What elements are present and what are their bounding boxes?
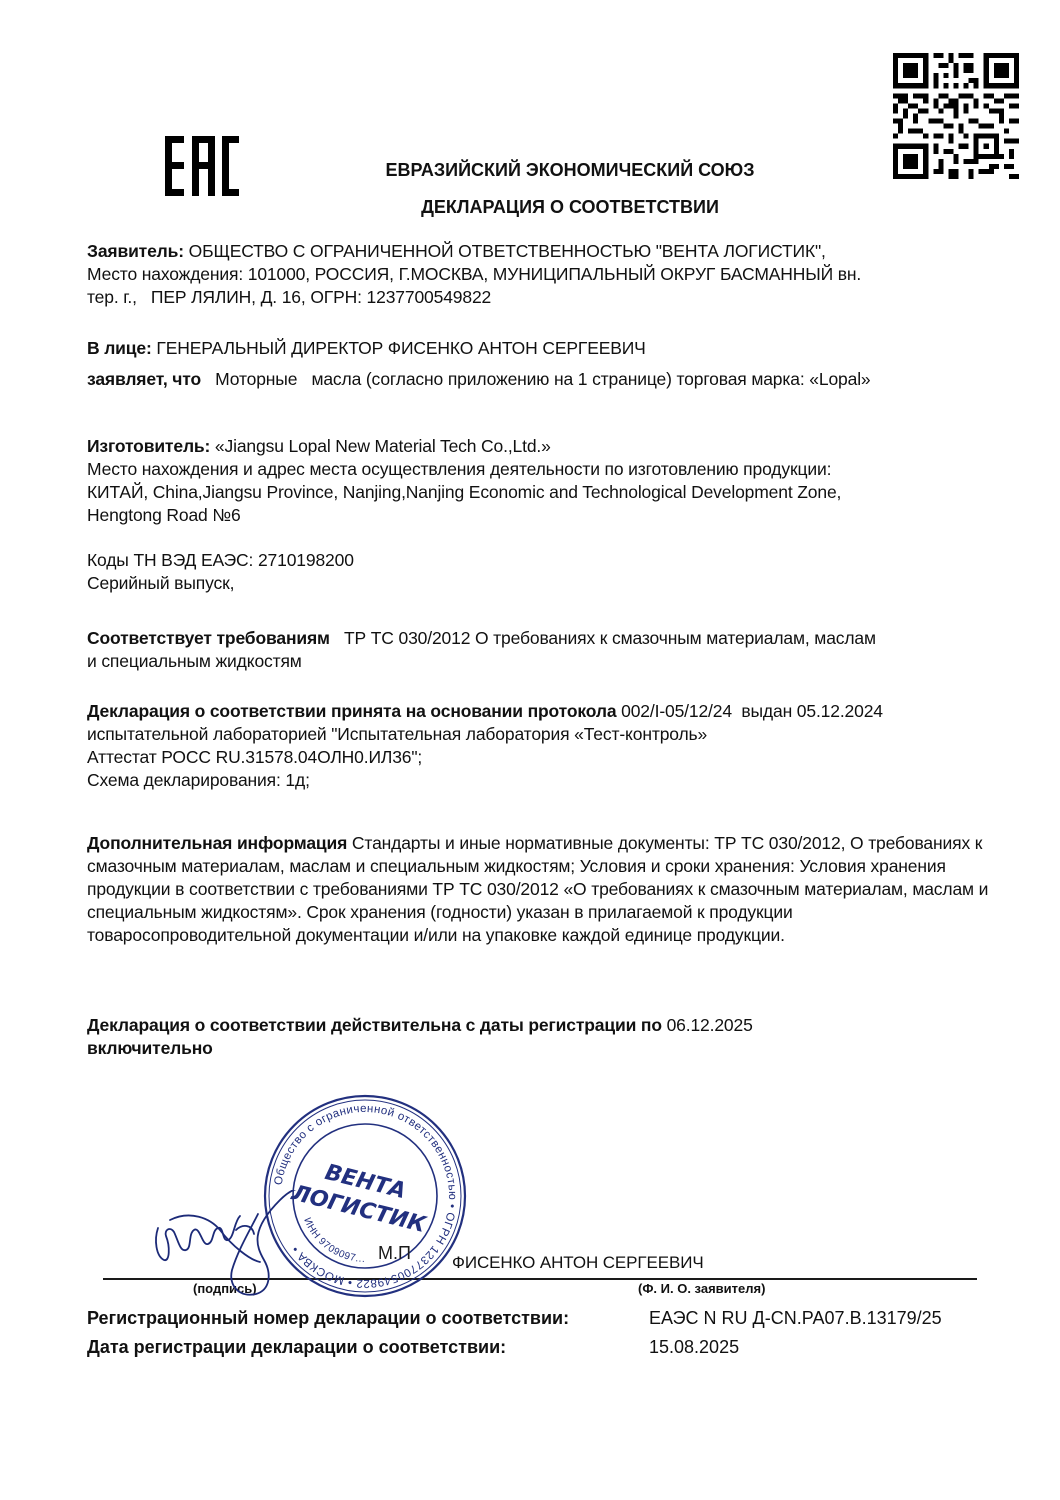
representative-line: В лице: ГЕНЕРАЛЬНЫЙ ДИРЕКТОР ФИСЕНКО АНТ…	[87, 337, 1007, 360]
protocol-lab: испытательной лабораторией "Испытательна…	[87, 723, 1007, 746]
manufacturer-address-line-1: Место нахождения и адрес места осуществл…	[87, 458, 1007, 481]
protocol-accreditation: Аттестат РОСС RU.31578.04ОЛН0.ИЛ36";	[87, 746, 1007, 769]
protocol-label: Декларация о соответствии принята на осн…	[87, 701, 616, 721]
conforms-value: ТР ТС 030/2012 О требованиях к смазочным…	[344, 628, 876, 648]
codes-section: Коды ТН ВЭД ЕАЭС: 2710198200 Серийный вы…	[87, 549, 1007, 595]
declares-label: заявляет, что	[87, 369, 201, 389]
applicant-section: Заявитель: ОБЩЕСТВО С ОГРАНИЧЕННОЙ ОТВЕТ…	[87, 240, 1007, 309]
name-caption: (Ф. И. О. заявителя)	[638, 1281, 765, 1296]
applicant-name: ОБЩЕСТВО С ОГРАНИЧЕННОЙ ОТВЕТСТВЕННОСТЬЮ…	[189, 241, 826, 261]
registration-number-value: ЕАЭС N RU Д-CN.РА07.В.13179/25	[649, 1308, 942, 1329]
conforms-section: Соответствует требованиям ТР ТС 030/2012…	[87, 627, 1007, 673]
stamp-placeholder-label: М.П	[378, 1243, 411, 1264]
declares-value: Моторные масла (согласно приложению на 1…	[215, 369, 870, 389]
applicant-line: Заявитель: ОБЩЕСТВО С ОГРАНИЧЕННОЙ ОТВЕТ…	[87, 240, 1007, 263]
manufacturer-name: «Jiangsu Lopal New Material Tech Co.,Ltd…	[215, 436, 551, 456]
signature-icon	[140, 1190, 330, 1300]
registration-number-label: Регистрационный номер декларации о соотв…	[87, 1308, 569, 1329]
conforms-label: Соответствует требованиям	[87, 628, 330, 648]
tn-ved-code: Коды ТН ВЭД ЕАЭС: 2710198200	[87, 549, 1007, 572]
registration-date-label: Дата регистрации декларации о соответств…	[87, 1337, 506, 1358]
validity-date: 06.12.2025	[667, 1015, 753, 1035]
document-title: ДЕКЛАРАЦИЯ О СООТВЕТСТВИИ	[0, 197, 1060, 218]
protocol-number: 002/I-05/12/24	[621, 701, 732, 721]
signer-name: ФИСЕНКО АНТОН СЕРГЕЕВИЧ	[452, 1253, 704, 1273]
manufacturer-label: Изготовитель:	[87, 436, 210, 456]
applicant-address-line-1: Место нахождения: 101000, РОССИЯ, Г.МОСК…	[87, 263, 1007, 286]
validity-line: Декларация о соответствии действительна …	[87, 1014, 1007, 1037]
representative-label: В лице:	[87, 338, 152, 358]
handwritten-signature	[140, 1190, 330, 1300]
additional-info-label: Дополнительная информация	[87, 833, 347, 853]
qr-code-icon	[893, 53, 1019, 179]
protocol-issued: выдан 05.12.2024	[741, 701, 883, 721]
conforms-line-1: Соответствует требованиям ТР ТС 030/2012…	[87, 627, 1007, 650]
declaration-scheme: Схема декларирования: 1д;	[87, 769, 1007, 792]
validity-suffix: включительно	[87, 1037, 1007, 1060]
qr-code[interactable]	[893, 53, 1019, 179]
protocol-line-1: Декларация о соответствии принята на осн…	[87, 700, 1007, 723]
validity-section: Декларация о соответствии действительна …	[87, 1014, 1007, 1060]
representative-value: ГЕНЕРАЛЬНЫЙ ДИРЕКТОР ФИСЕНКО АНТОН СЕРГЕ…	[156, 338, 645, 358]
validity-label: Декларация о соответствии действительна …	[87, 1015, 662, 1035]
applicant-label: Заявитель:	[87, 241, 184, 261]
manufacturer-address-line-3: Hengtong Road №6	[87, 504, 1007, 527]
applicant-address-line-2: тер. г., ПЕР ЛЯЛИН, Д. 16, ОГРН: 1237700…	[87, 286, 1007, 309]
production-type: Серийный выпуск,	[87, 572, 1007, 595]
declares-line: заявляет, что Моторные масла (согласно п…	[87, 368, 1007, 391]
protocol-section: Декларация о соответствии принята на осн…	[87, 700, 1007, 792]
manufacturer-line: Изготовитель: «Jiangsu Lopal New Materia…	[87, 435, 1007, 458]
conforms-line-2: и специальным жидкостям	[87, 650, 1007, 673]
manufacturer-section: Изготовитель: «Jiangsu Lopal New Materia…	[87, 435, 1007, 527]
registration-date-value: 15.08.2025	[649, 1337, 739, 1358]
manufacturer-address-line-2: КИТАЙ, China,Jiangsu Province, Nanjing,N…	[87, 481, 1007, 504]
additional-info-section: Дополнительная информация Стандарты и ин…	[87, 832, 997, 947]
